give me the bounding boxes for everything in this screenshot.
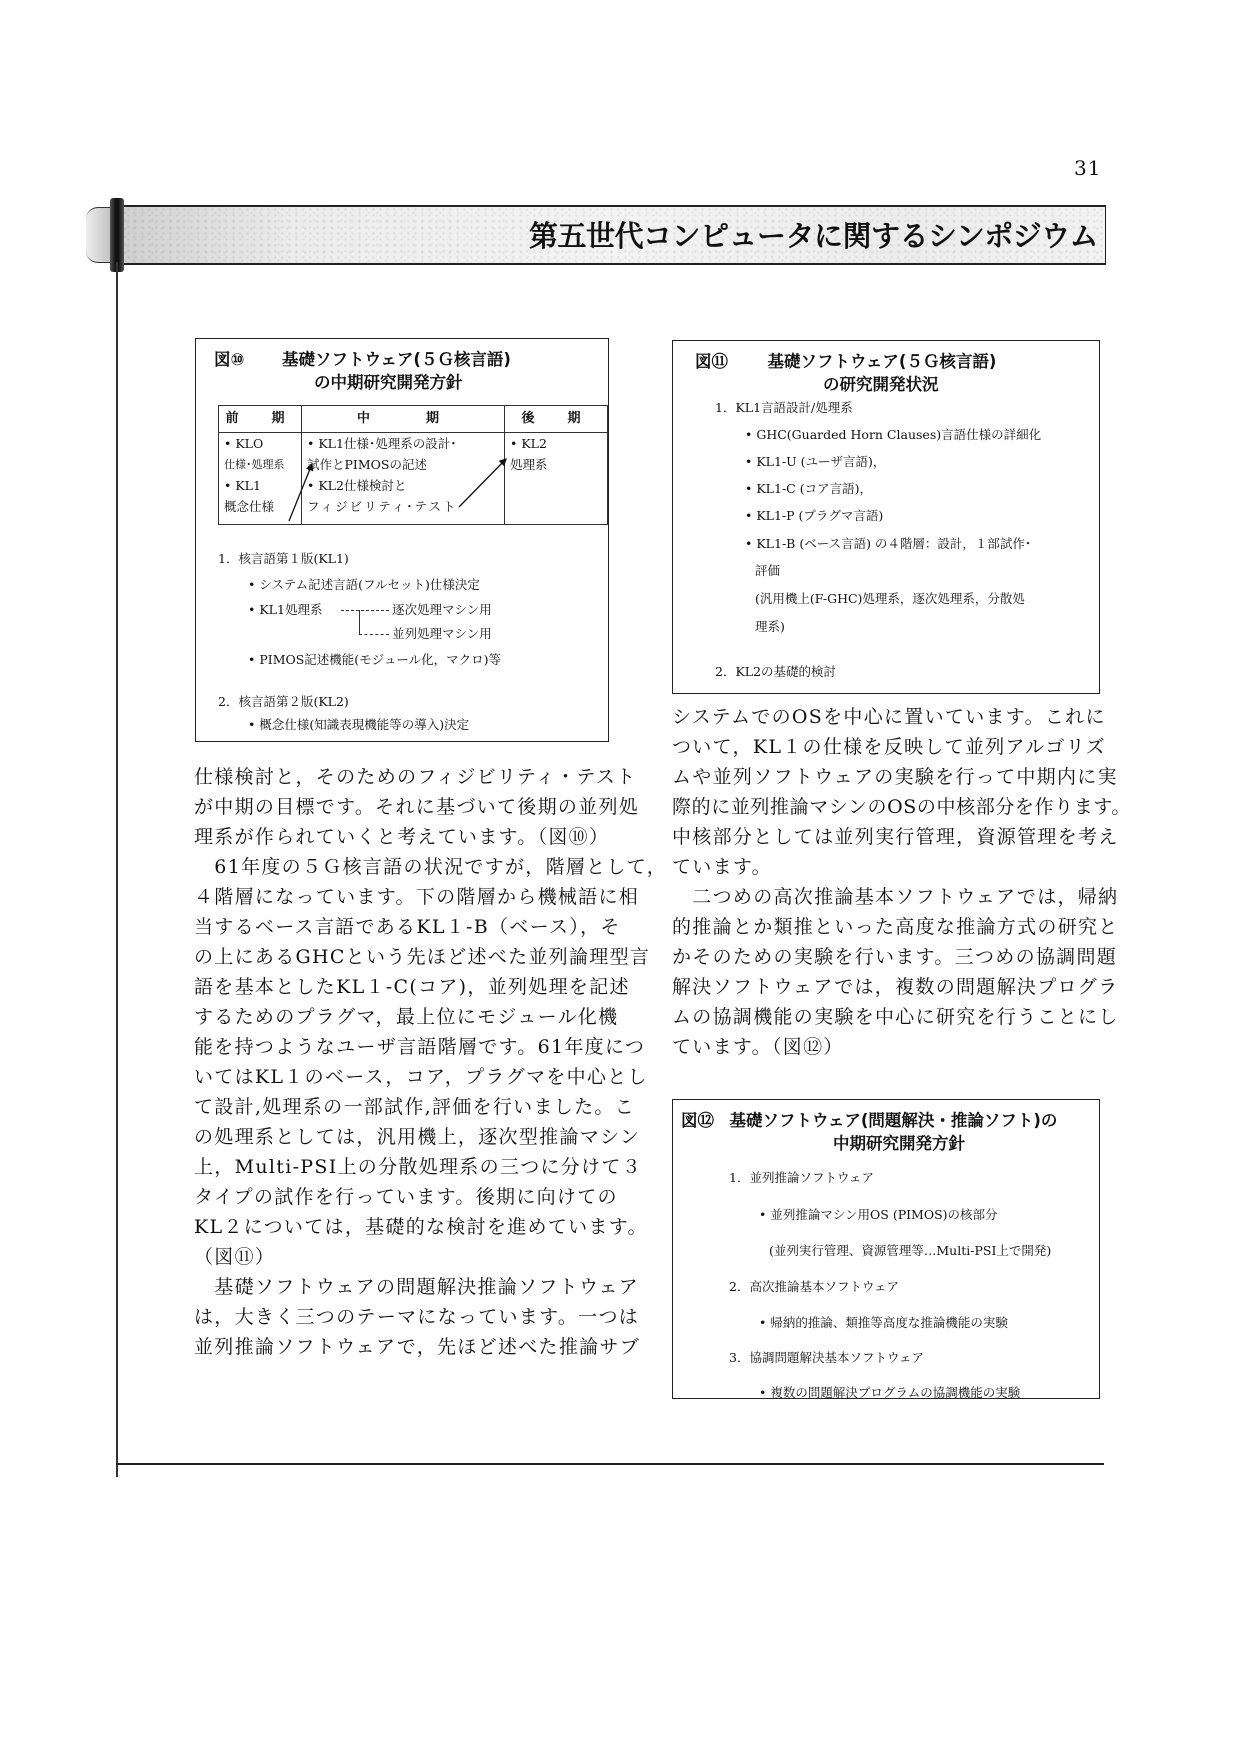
list-line: (並列実行管理、資源管理等…Multi-PSI上で開発) bbox=[769, 1243, 1051, 1259]
header-title: 第五世代コンピュータに関するシンポジウム bbox=[529, 214, 1098, 255]
list-bullet: • 帰納的推論、類推等高度な推論機能の実験 bbox=[759, 1315, 1008, 1331]
right-column-text: システムでのOSを中心に置いています。これに ついて，KL１の仕様を反映して並列… bbox=[672, 702, 1102, 1062]
text-line: ついて，KL１の仕様を反映して並列アルゴリズ bbox=[672, 732, 1102, 762]
list-bullet: • 複数の問題解決プログラムの協調機能の実験 bbox=[759, 1385, 1020, 1401]
figure-title-line2: の研究開発状況 bbox=[823, 374, 939, 396]
list-heading: 3．協調問題解決基本ソフトウェア bbox=[729, 1350, 924, 1366]
text-line: の処理系としては，汎用機上，逐次型推論マシン bbox=[194, 1122, 614, 1152]
text-line: するためのプラグマ，最上位にモジュール化機 bbox=[194, 1002, 614, 1032]
list-heading: 2．KL2の基礎的検討 bbox=[715, 664, 836, 680]
branch-line bbox=[359, 610, 360, 634]
list-line: (汎用機上(F-GHC)処理系，逐次処理系，分散処 bbox=[755, 591, 1025, 607]
branch-label: 並列処理マシン用 bbox=[392, 626, 492, 642]
text-line: て設計,処理系の一部試作,評価を行いました。こ bbox=[194, 1092, 614, 1122]
list-bullet: • PIMOS記述機能(モジュール化，マクロ)等 bbox=[248, 652, 501, 668]
text-line: ムの協調機能の実験を中心に研究を行うことにし bbox=[672, 1002, 1102, 1032]
text-line: 基礎ソフトウェアの問題解決推論ソフトウェア bbox=[194, 1272, 614, 1302]
text-line: の上にあるGHCという先ほど述べた並列論理型言 bbox=[194, 942, 614, 972]
text-line: タイプの試作を行っています。後期に向けての bbox=[194, 1182, 614, 1212]
list-bullet: • GHC(Guarded Horn Clauses)言語仕様の詳細化 bbox=[745, 427, 1041, 443]
figure-title-line1: 基礎ソフトウェア(５Ｇ核言語) bbox=[768, 352, 997, 371]
list-bullet: • KL1-B (ベース言語) の４階層：設計，１部試作･ bbox=[745, 536, 1031, 552]
book-spine-icon bbox=[110, 198, 124, 272]
text-line: 解決ソフトウェアでは，複数の問題解決プログラ bbox=[672, 972, 1102, 1002]
text-line: いてはKL１のベース，コア，プラグマを中心とし bbox=[194, 1062, 614, 1092]
list-bullet: • システム記述言語(フルセット)仕様決定 bbox=[248, 577, 480, 593]
list-heading: 2．核言語第２版(KL2) bbox=[218, 694, 349, 710]
page-number: 31 bbox=[1074, 156, 1101, 180]
text-line: が中期の目標です。それに基づいて後期の並列処 bbox=[194, 792, 614, 822]
text-line: 際的に並列推論マシンのOSの中核部分を作ります。 bbox=[672, 792, 1102, 822]
text-line: 上，Multi-PSI上の分散処理系の三つに分けて３ bbox=[194, 1152, 614, 1182]
figure-11: 図⑪ 基礎ソフトウェア(５Ｇ核言語) の研究開発状況 1．KL1言語設計/処理系… bbox=[672, 340, 1100, 694]
text-line: （図⑪） bbox=[194, 1242, 614, 1272]
text-line: 的推論とか類推といった高度な推論方式の研究と bbox=[672, 912, 1102, 942]
list-bullet: • 並列推論マシン用OS (PIMOS)の核部分 bbox=[759, 1207, 998, 1223]
text-line: ています。 bbox=[672, 852, 1102, 882]
list-line: 理系) bbox=[755, 619, 785, 635]
list-heading: 1．KL1言語設計/処理系 bbox=[715, 400, 853, 416]
figure-label: 図⑪ bbox=[695, 352, 728, 371]
list-bullet: • KL1-U (ユーザ言語)， bbox=[745, 454, 885, 470]
text-line: は，大きく三つのテーマになっています。一つは bbox=[194, 1302, 614, 1332]
list-heading: 2．高次推論基本ソフトウェア bbox=[729, 1279, 899, 1295]
text-line: 二つめの高次推論基本ソフトウェアでは，帰納 bbox=[672, 882, 1102, 912]
bottom-rule bbox=[116, 1463, 1104, 1465]
text-line: 能を持つようなユーザ言語階層です。61年度につ bbox=[194, 1032, 614, 1062]
transition-arrows-icon bbox=[196, 339, 608, 539]
branch-line bbox=[341, 610, 389, 611]
branch-line bbox=[359, 634, 389, 635]
list-bullet: • KL1-C (コア言語)， bbox=[745, 481, 872, 497]
text-line: 当するベース言語であるKL１-B（ベース），そ bbox=[194, 912, 614, 942]
figure-title-line2: 中期研究開発方針 bbox=[833, 1133, 965, 1155]
left-column-text: 仕様検討と，そのためのフィジビリティ・テスト が中期の目標です。それに基づいて後… bbox=[194, 762, 614, 1362]
list-line: 評価 bbox=[755, 563, 780, 579]
text-line: ４階層になっています。下の階層から機械語に相 bbox=[194, 882, 614, 912]
text-line: ています。（図⑫） bbox=[672, 1032, 1102, 1062]
margin-rule bbox=[116, 262, 118, 1477]
branch-label: 逐次処理マシン用 bbox=[392, 602, 492, 618]
text-line: 並列推論ソフトウェアで，先ほど述べた推論サブ bbox=[194, 1332, 614, 1362]
list-bullet: • KL1処理系 bbox=[248, 602, 322, 618]
figure-title-line1: 基礎ソフトウェア(問題解決・推論ソフト)の bbox=[730, 1111, 1058, 1130]
text-line: 理系が作られていくと考えています。（図⑩） bbox=[194, 822, 614, 852]
text-line: KL２については，基礎的な検討を進めています。 bbox=[194, 1212, 614, 1242]
figure-12: 図⑫ 基礎ソフトウェア(問題解決・推論ソフト)の 中期研究開発方針 1．並列推論… bbox=[672, 1099, 1100, 1399]
text-line: ムや並列ソフトウェアの実験を行って中期内に実 bbox=[672, 762, 1102, 792]
list-heading: 1．並列推論ソフトウェア bbox=[729, 1170, 874, 1186]
text-line: システムでのOSを中心に置いています。これに bbox=[672, 702, 1102, 732]
list-bullet: • KL1-P (プラグマ言語) bbox=[745, 508, 883, 524]
text-line: かそのための実験を行います。三つめの協調問題 bbox=[672, 942, 1102, 972]
text-line: 語を基本としたKL１-C(コア)，並列処理を記述 bbox=[194, 972, 614, 1002]
text-line: 中核部分としては並列実行管理，資源管理を考え bbox=[672, 822, 1102, 852]
list-heading: 1．核言語第１版(KL1) bbox=[218, 551, 349, 567]
list-bullet: • 概念仕様(知識表現機能等の導入)決定 bbox=[248, 717, 469, 733]
figure-label: 図⑫ bbox=[681, 1111, 714, 1130]
text-line: 仕様検討と，そのためのフィジビリティ・テスト bbox=[194, 762, 614, 792]
text-line: 61年度の５Ｇ核言語の状況ですが，階層として， bbox=[194, 852, 614, 882]
figure-10: 図⑩ 基礎ソフトウェア(５Ｇ核言語) の中期研究開発方針 前 期 中 期 後 期… bbox=[195, 338, 609, 742]
